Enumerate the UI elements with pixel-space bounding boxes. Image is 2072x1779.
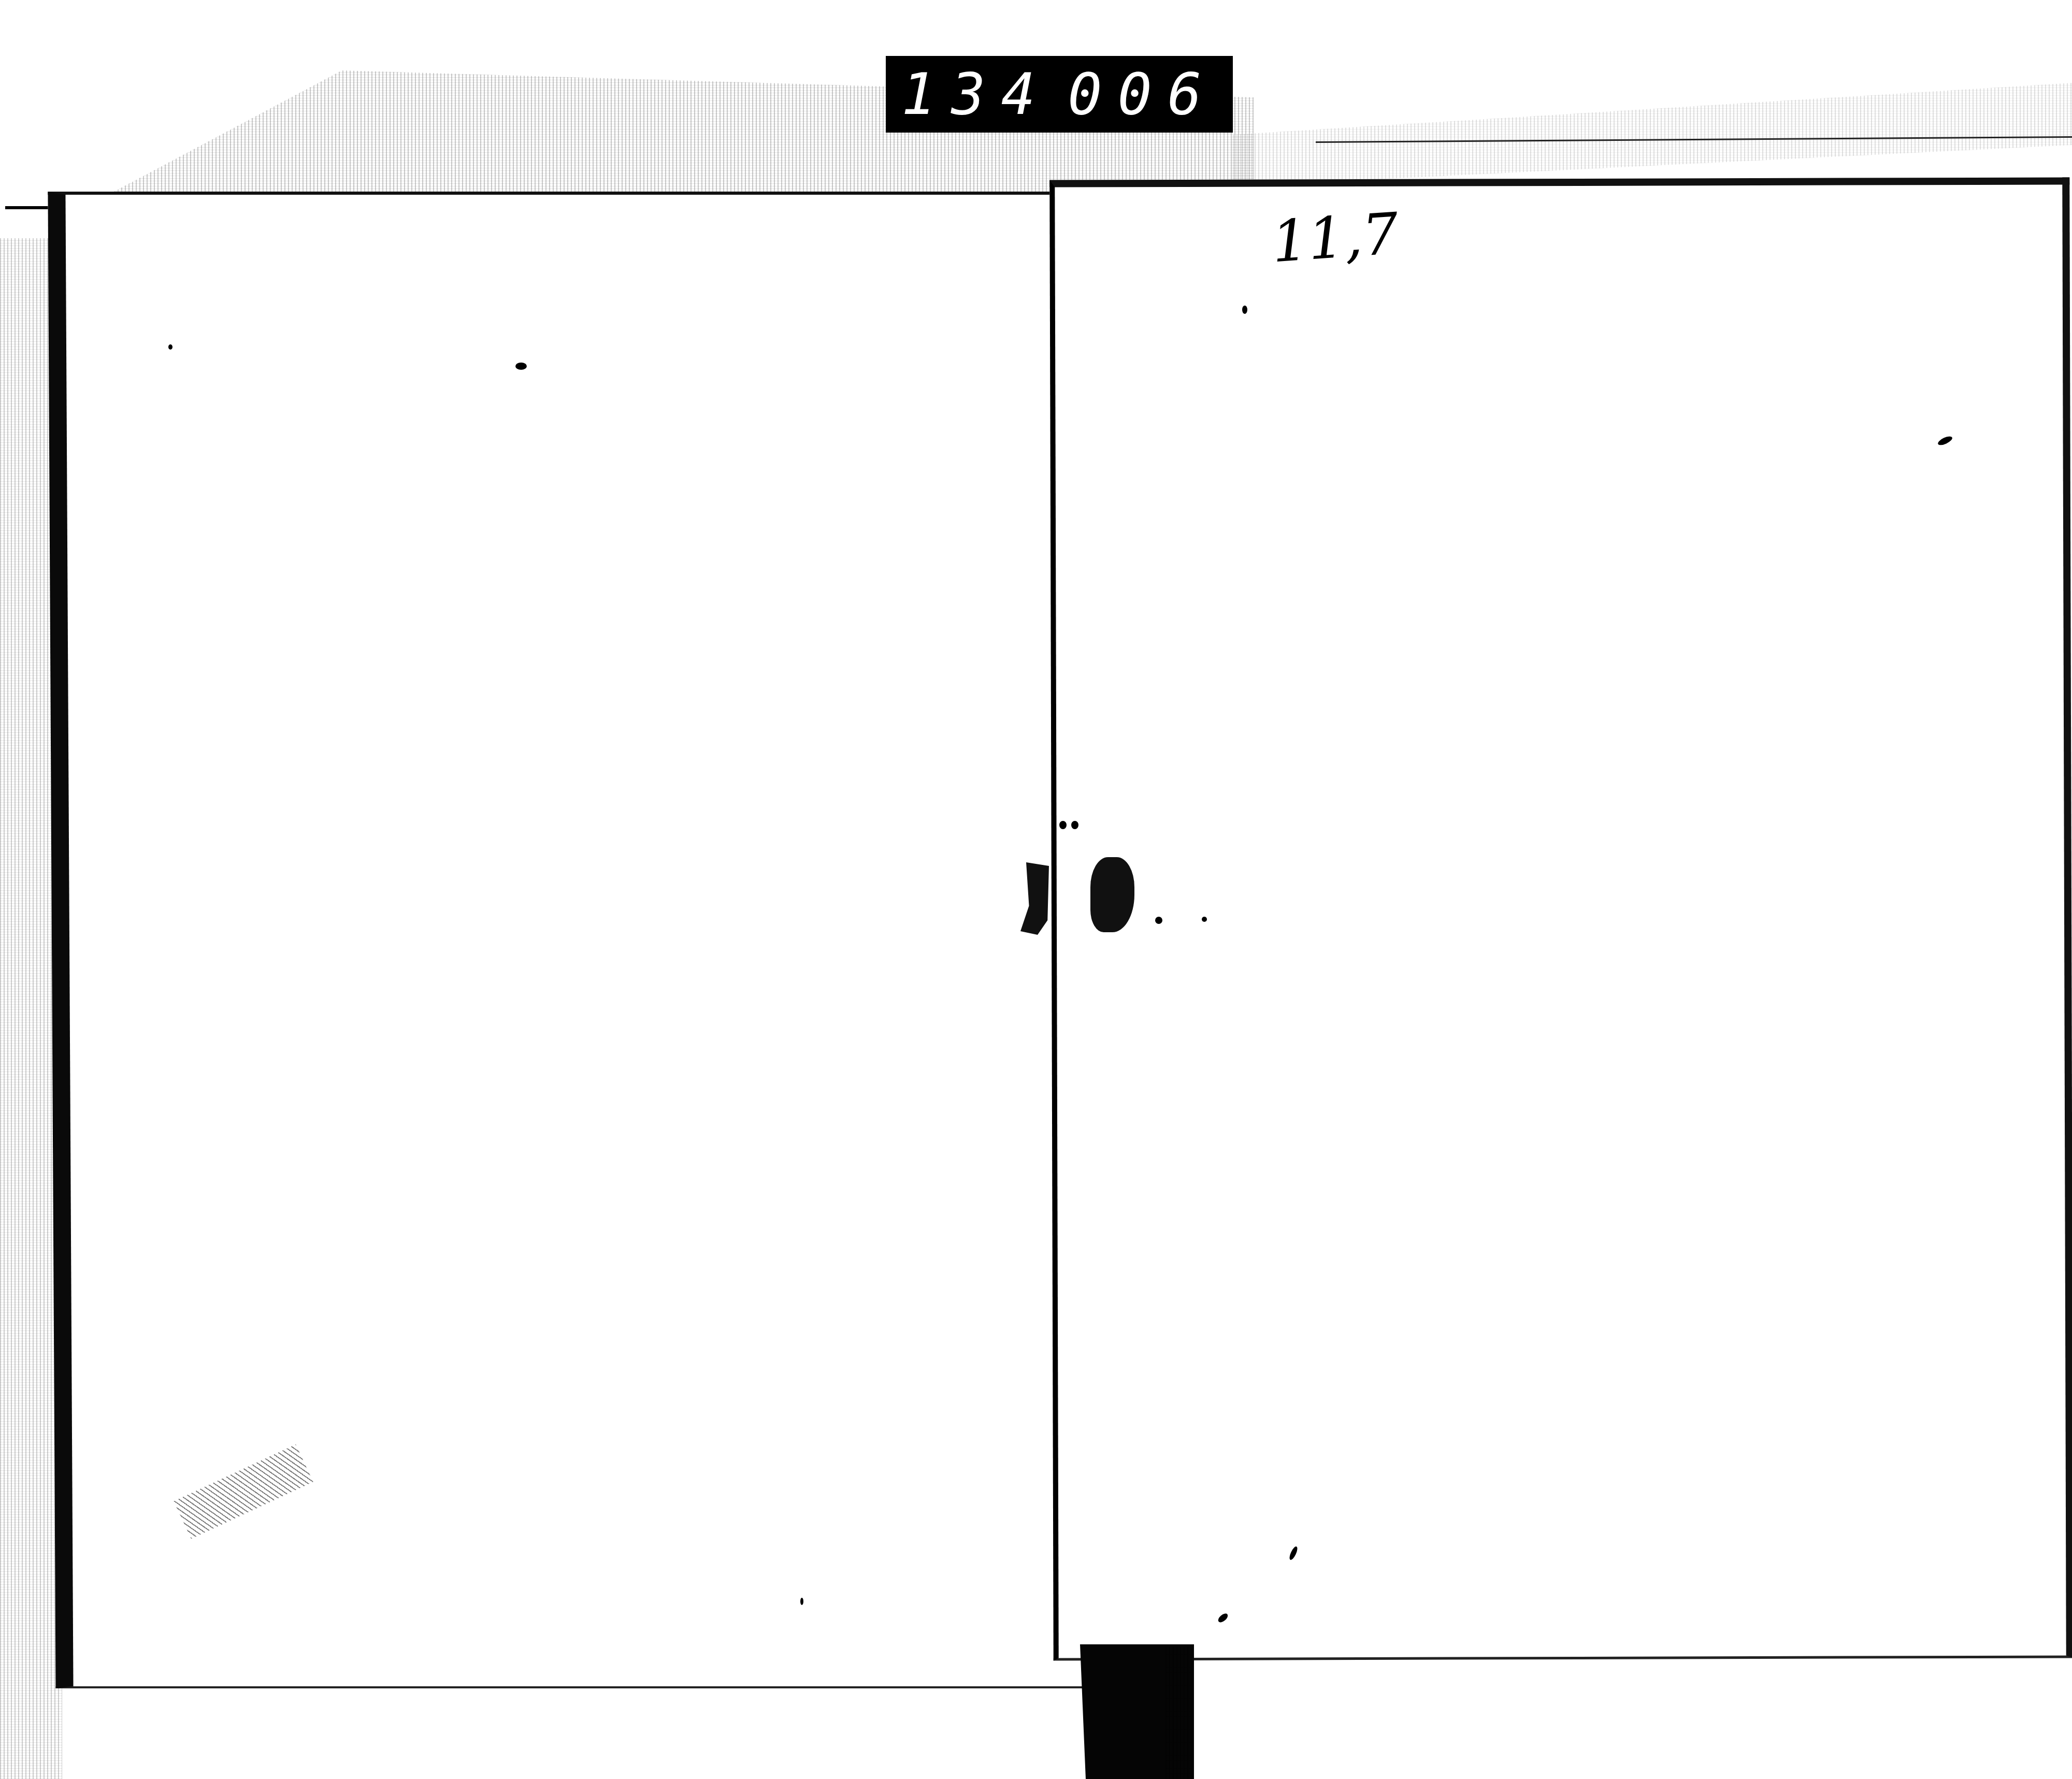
- left-page: [48, 192, 1115, 1688]
- frame-number-left: 134: [901, 66, 1051, 123]
- scan-top-shadow-right: [1233, 83, 2072, 186]
- ink-blot-right: [1090, 857, 1134, 932]
- ink-dot: [1202, 917, 1207, 922]
- ink-dot: [1155, 917, 1162, 924]
- ink-dot: [1059, 821, 1067, 829]
- ink-dot: [800, 1598, 803, 1605]
- handwritten-folio-mark: 11,7: [1270, 200, 1401, 276]
- ink-dot: [1071, 821, 1078, 829]
- ink-dot: [168, 344, 172, 350]
- frame-number-right: 006: [1068, 66, 1217, 123]
- ink-dot: [515, 363, 527, 370]
- binding-gutter-edge: [1165, 1647, 1191, 1779]
- frame-label-plate: 134 006: [886, 56, 1233, 133]
- ink-dot: [1242, 306, 1247, 314]
